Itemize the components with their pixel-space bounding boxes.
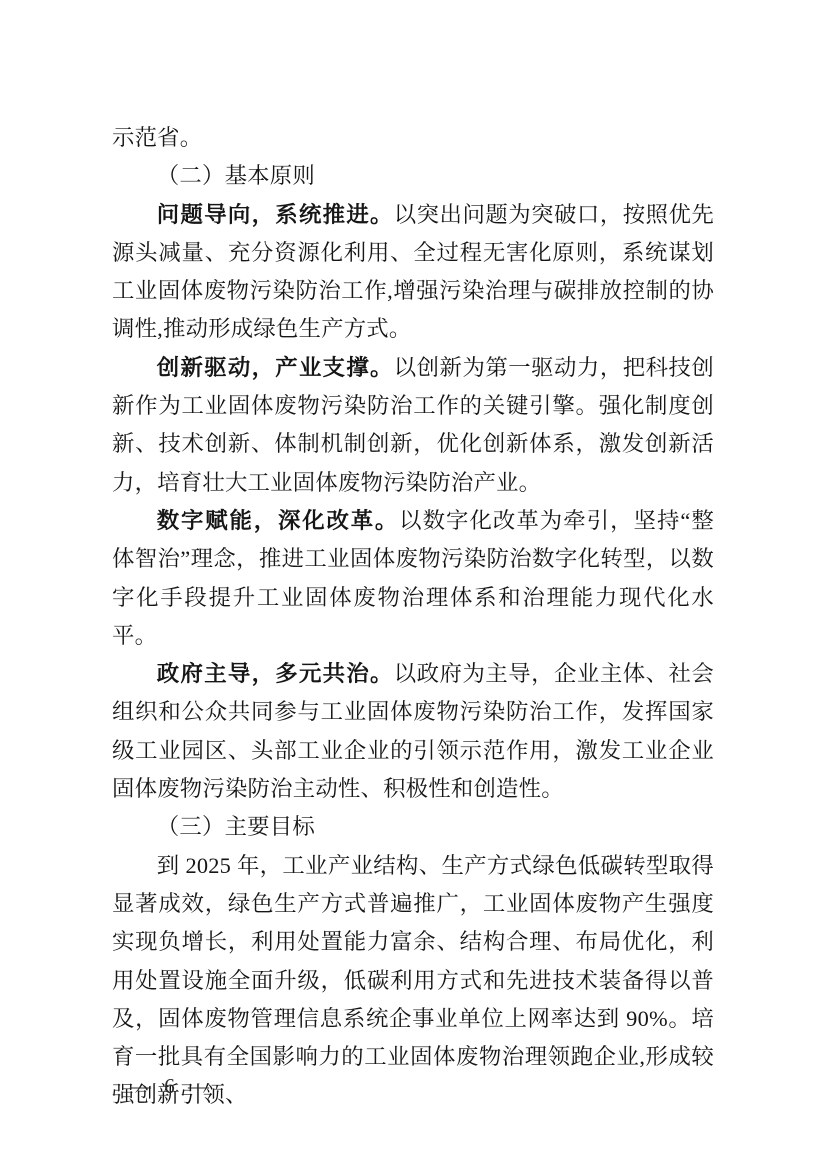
section-heading-basic-principles: （二）基本原则 [112,157,714,195]
paragraph: 政府主导，多元共治。以政府为主导，企业主体、社会组织和公众共同参与工业固体废物污… [112,655,714,808]
paragraph-lead: 创新驱动，产业支撑。 [157,355,394,380]
document-page: 示范省。 （二）基本原则 问题导向，系统推进。以突出问题为突破口，按照优先源头减… [0,0,826,1169]
section-heading-main-goals: （三）主要目标 [112,808,714,846]
paragraph: 问题导向，系统推进。以突出问题为突破口，按照优先源头减量、充分资源化利用、全过程… [112,196,714,349]
paragraph-lead: 问题导向，系统推进。 [157,202,394,227]
paragraph-continuation: 示范省。 [112,119,714,157]
paragraph: 创新驱动，产业支撑。以创新为第一驱动力，把科技创新作为工业固体废物污染防治工作的… [112,349,714,502]
paragraph: 数字赋能，深化改革。以数字化改革为牵引，坚持“整体智治”理念，推进工业固体废物污… [112,502,714,655]
page-content: 示范省。 （二）基本原则 问题导向，系统推进。以突出问题为突破口，按照优先源头减… [112,119,714,1115]
page-number: — 6 — [130,1072,213,1100]
paragraph-lead: 数字赋能，深化改革。 [157,508,399,533]
paragraph-text: 到 2025 年，工业产业结构、生产方式绿色低碳转型取得显著成效，绿色生产方式普… [112,853,714,1108]
paragraph-lead: 政府主导，多元共治。 [157,661,394,686]
